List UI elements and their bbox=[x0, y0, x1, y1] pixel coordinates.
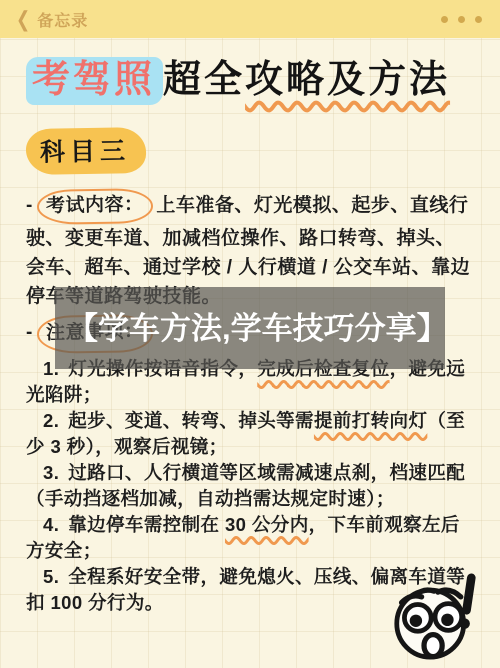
watermark-overlay: 【学车方法,学车技巧分享】 bbox=[55, 287, 445, 369]
item-number: 5. bbox=[43, 566, 59, 587]
exam-content-label: 考试内容： bbox=[37, 188, 153, 225]
dash-bullet: - bbox=[26, 195, 33, 216]
dash-bullet: - bbox=[26, 322, 33, 343]
note-item: 4.靠边停车需控制在 30 公分内，下车前观察左后方安全； bbox=[26, 512, 474, 563]
memo-app-screen: ❮ 备忘录 考驾照超全攻略及方法 科目三 -考试内容：上车准备、灯光模拟、起步、… bbox=[0, 0, 500, 668]
ellipsis-dot bbox=[441, 16, 448, 23]
note-title: 考驾照超全攻略及方法 bbox=[26, 52, 474, 108]
subject-badge: 科目三 bbox=[26, 127, 147, 175]
watermark-text: 【学车方法,学车技巧分享】 bbox=[67, 310, 433, 347]
back-button[interactable]: ❮ 备忘录 bbox=[16, 8, 88, 31]
title-highlighted-part: 考驾照 bbox=[26, 57, 163, 105]
nav-bar: ❮ 备忘录 bbox=[0, 0, 500, 38]
item-number: 4. bbox=[43, 514, 59, 535]
surprised-face-emoji bbox=[392, 568, 478, 664]
title-wavy-underlined-part: 攻略及方法 bbox=[245, 59, 450, 101]
item-number: 2. bbox=[43, 410, 59, 431]
note-item: 2.起步、变道、转弯、掉头等需提前打转向灯（至少 3 秒），观察后视镜； bbox=[26, 408, 474, 459]
item-text: 过路口、人行横道等区域需减速点刹，档速匹配（手动挡逐档加减，自动挡需达规定时速）… bbox=[26, 462, 465, 509]
back-label: 备忘录 bbox=[37, 8, 88, 31]
title-plain-part: 超全 bbox=[163, 59, 245, 101]
item-text: 起步、变道、转弯、掉头等需提前打转向灯（至少 3 秒），观察后视镜； bbox=[26, 410, 465, 457]
item-number: 3. bbox=[43, 462, 59, 483]
ellipsis-dot bbox=[475, 16, 482, 23]
ellipsis-dot bbox=[458, 16, 465, 23]
note-item: 3.过路口、人行横道等区域需减速点刹，档速匹配（手动挡逐档加减，自动挡需达规定时… bbox=[26, 460, 474, 511]
back-chevron-icon: ❮ bbox=[16, 8, 30, 29]
item-text: 靠边停车需控制在 30 公分内，下车前观察左后方安全； bbox=[26, 514, 460, 561]
more-menu-button[interactable] bbox=[439, 12, 484, 27]
